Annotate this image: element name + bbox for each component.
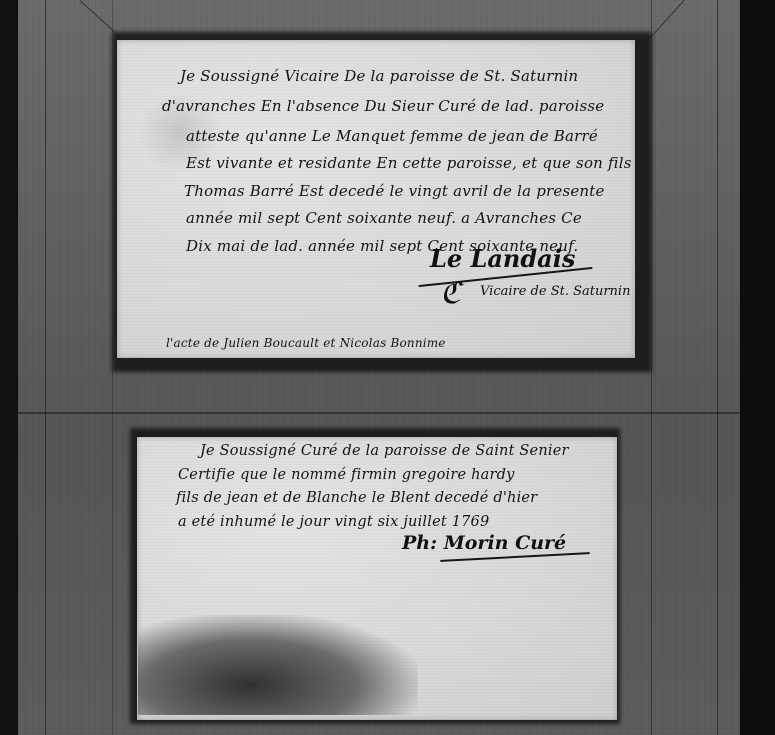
board-ruling-line [18,412,740,414]
scan-shadow-artifact [138,615,418,715]
scan-canvas: Je Soussigné Vicaire De la paroisse de S… [0,0,775,735]
text-line: Je Soussigné Curé de la paroisse de Sain… [200,441,569,462]
text-line: a eté inhumé le jour vingt six juillet 1… [178,512,489,533]
signature-name: Le Landais [430,244,575,273]
text-line: d'avranches En l'absence Du Sieur Curé d… [162,96,604,117]
text-line: Thomas Barré Est decedé le vingt avril d… [184,181,605,202]
text-line: atteste qu'anne Le Manquet femme de jean… [186,126,598,147]
signature-flourish-mark: ℭ [440,276,461,311]
text-line: Certifie que le nommé firmin gregoire ha… [178,465,515,486]
signature-name: Ph: Morin Curé [402,532,566,554]
text-line: fils de jean et de Blanche le Blent dece… [176,488,537,509]
text-line: Je Soussigné Vicaire De la paroisse de S… [180,66,578,87]
board-ruling-line [45,0,46,735]
film-edge [740,0,775,735]
footnote: l'acte de Julien Boucault et Nicolas Bon… [166,336,446,350]
text-line: année mil sept Cent soixante neuf. a Avr… [186,208,582,229]
text-line: Est vivante et residante En cette parois… [186,153,632,174]
signature-title: Vicaire de St. Saturnin [480,284,630,299]
board-ruling-line [717,0,718,735]
